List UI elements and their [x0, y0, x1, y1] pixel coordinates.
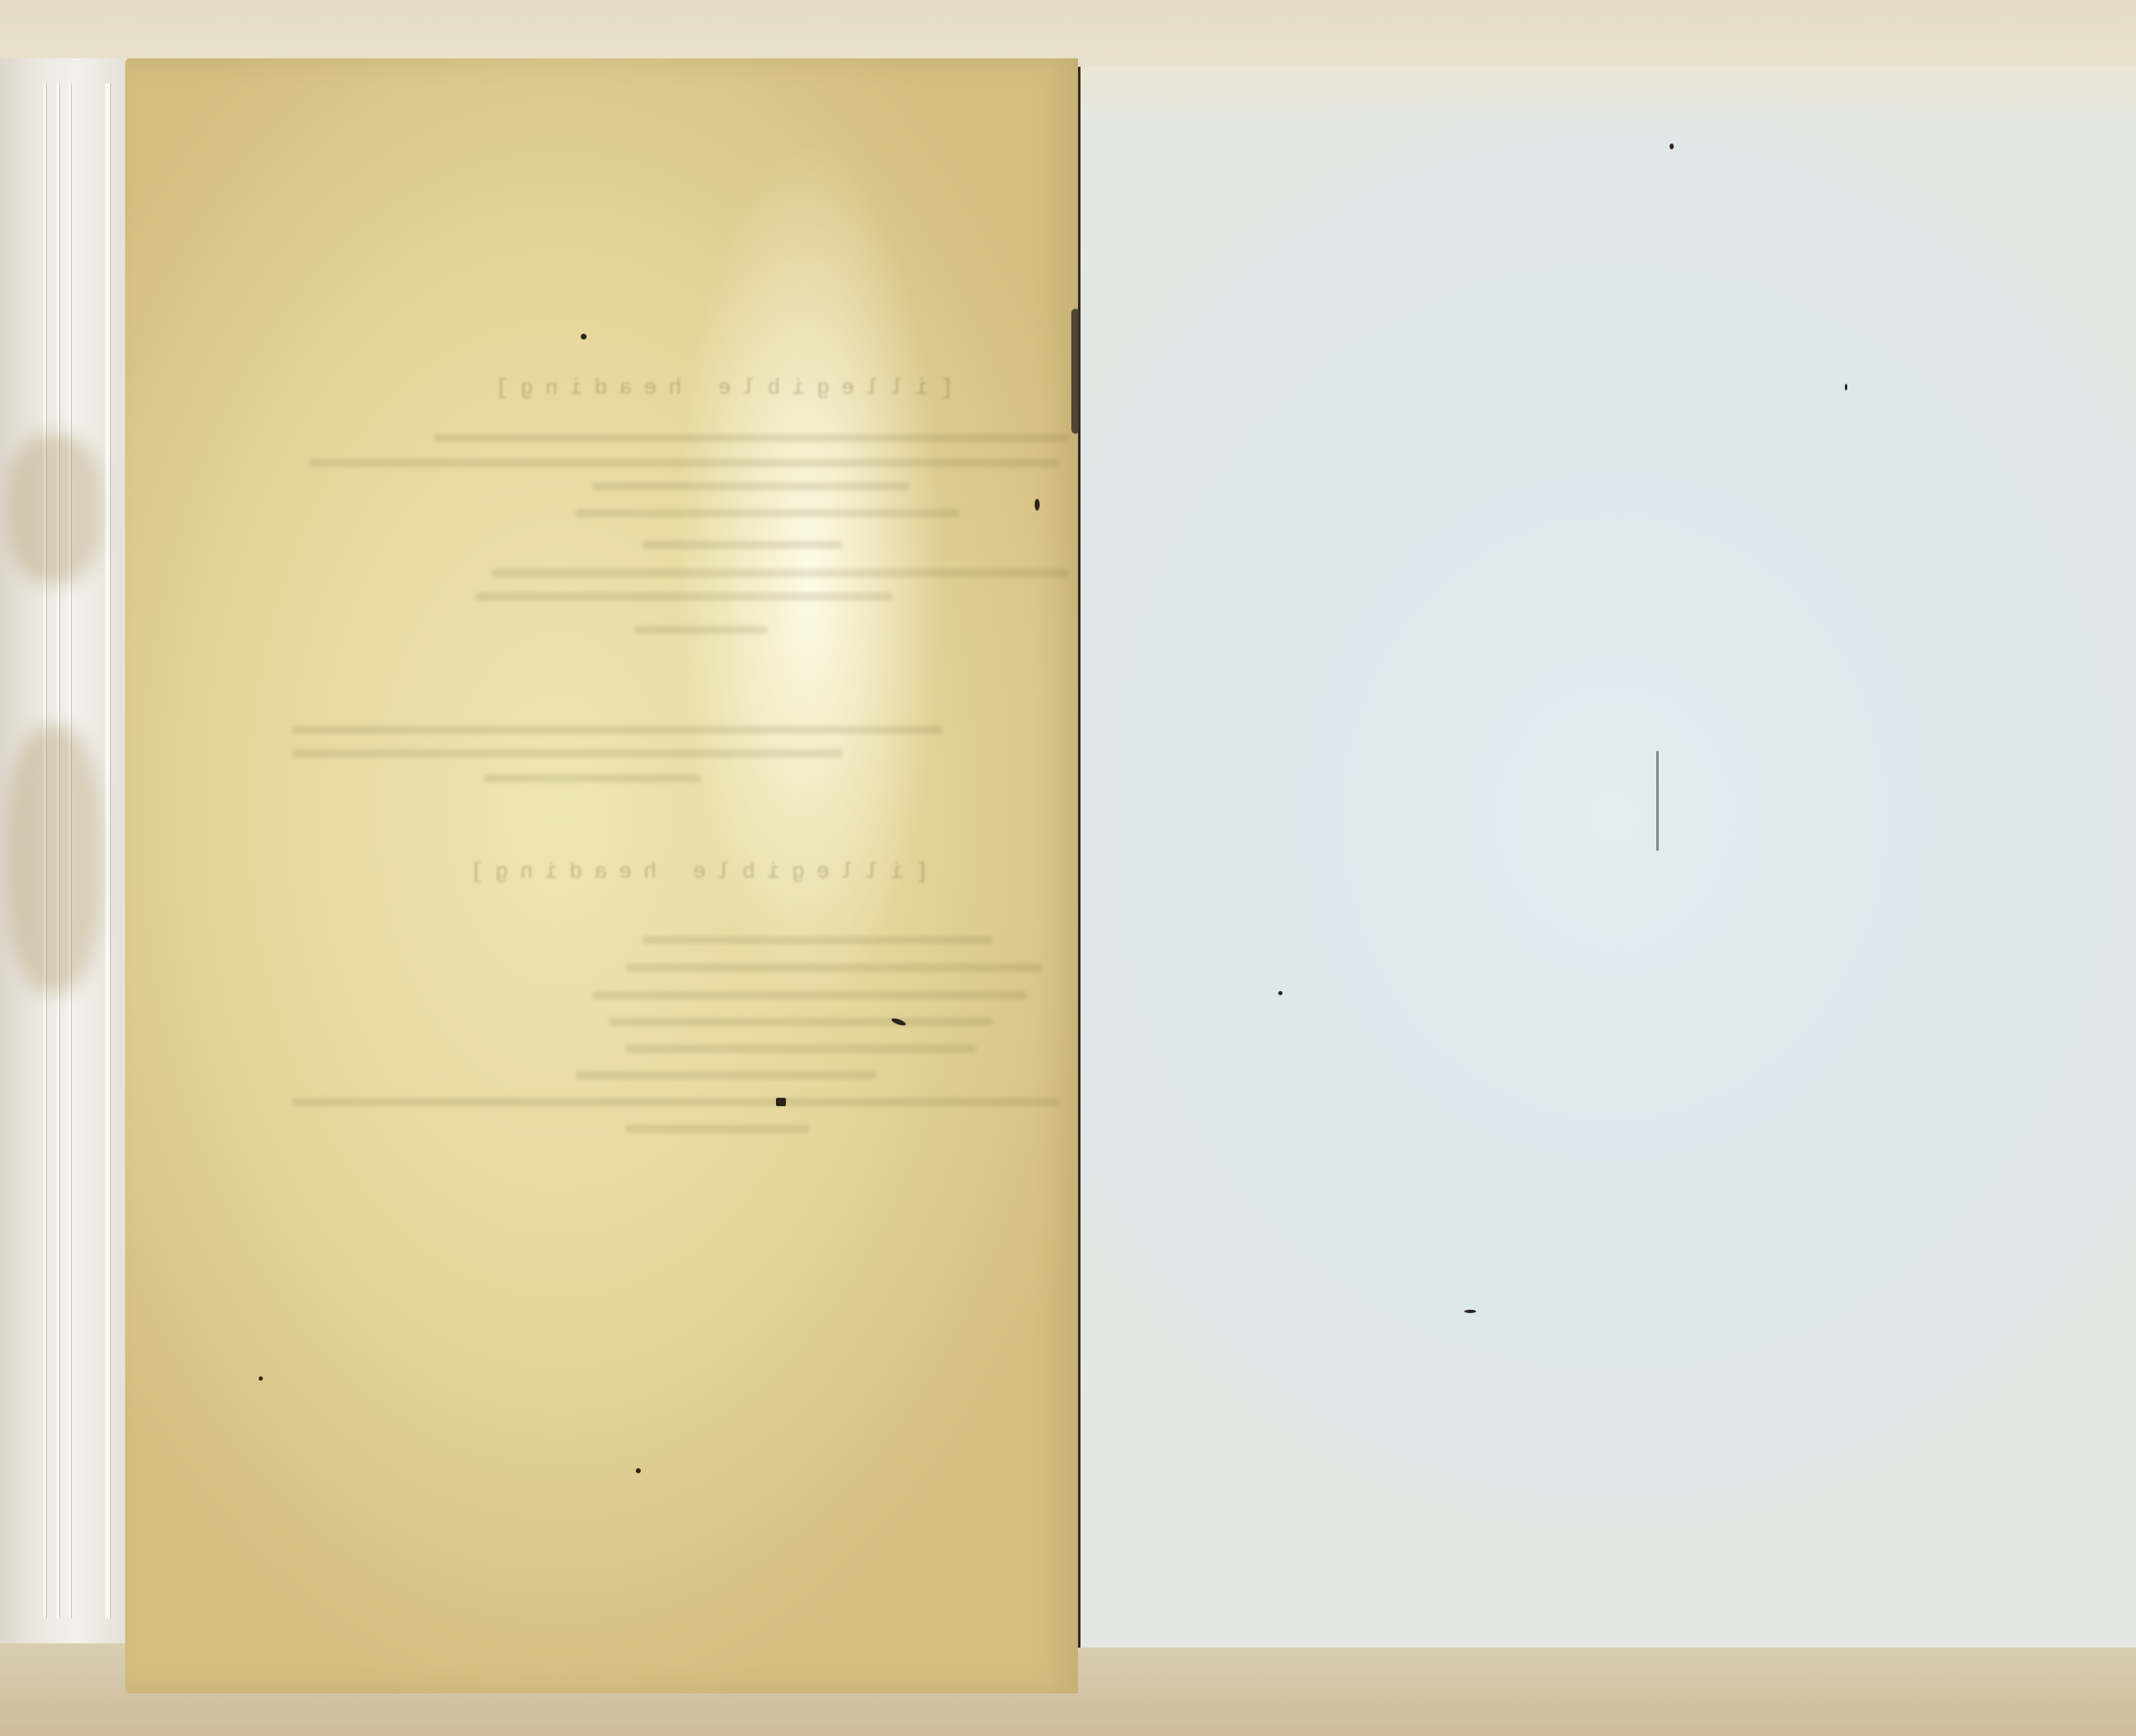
faint-text-line	[576, 509, 960, 517]
paper-speck	[1670, 143, 1674, 149]
left-page: [illegible heading] [illegible heading]	[125, 58, 1078, 1693]
spine-thread	[1071, 309, 1080, 434]
faint-text-line	[476, 592, 893, 601]
faint-text-line	[484, 774, 701, 782]
paper-speck	[581, 334, 587, 340]
paper-mark	[1656, 751, 1659, 851]
faint-text-line	[434, 434, 1068, 442]
page-stack-edge	[0, 58, 125, 1643]
faint-heading: [illegible heading]	[484, 375, 953, 400]
faint-text-line	[592, 482, 909, 491]
faint-text-line	[492, 569, 1068, 577]
faint-text-line	[592, 991, 1026, 999]
stain	[8, 434, 100, 584]
page-edge	[105, 83, 110, 1618]
paper-speck	[1845, 384, 1847, 390]
paper-speck	[1278, 991, 1282, 995]
faint-text-line	[626, 1044, 976, 1053]
paper-speck	[259, 1376, 263, 1381]
faint-text-line	[609, 1018, 993, 1026]
paper-speck	[1035, 499, 1040, 511]
paper-speck	[636, 1468, 641, 1473]
faint-text-line	[292, 749, 843, 757]
faint-text-line	[292, 1098, 1060, 1106]
faint-text-line	[292, 726, 943, 734]
right-page	[1078, 67, 2136, 1648]
faint-heading: [illegible heading]	[459, 859, 928, 884]
paper-speck	[1464, 1310, 1476, 1313]
faint-text-line	[642, 541, 843, 549]
stain	[8, 726, 100, 993]
paper-speck	[776, 1098, 786, 1106]
faint-text-line	[626, 964, 1043, 972]
faint-text-line	[634, 626, 768, 634]
faint-text-line	[642, 936, 993, 944]
faint-text-line	[576, 1071, 876, 1079]
page-top-shadow	[1081, 67, 2136, 125]
faint-text-line	[309, 459, 1060, 467]
faint-text-line	[626, 1125, 809, 1133]
